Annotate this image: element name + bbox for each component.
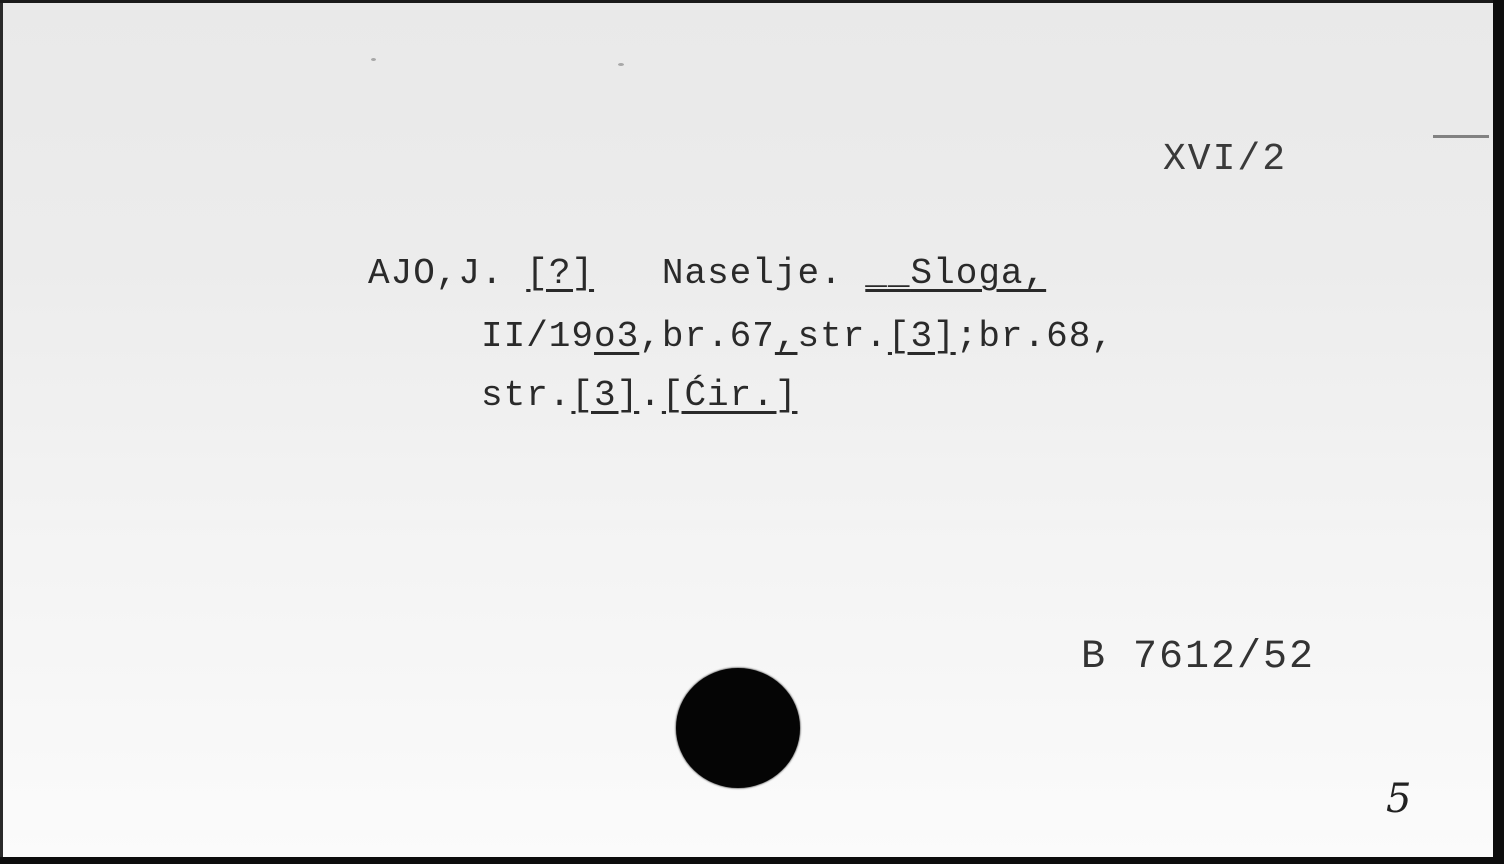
handwritten-number: 5: [1386, 776, 1411, 822]
scan-frame-bottom: [0, 857, 1504, 864]
paper-speck: [371, 58, 376, 61]
second-issue: ;br.68,: [956, 316, 1114, 357]
author-name: AJO,J.: [368, 253, 504, 294]
page-bracket: [3]: [571, 375, 639, 416]
page-bracket: [3]: [888, 316, 956, 357]
index-card: XVI/2 AJO,J. [?] Naselje. __Sloga, II/19…: [0, 3, 1493, 857]
separator: .: [639, 375, 662, 416]
volume-year-prefix: II/19: [481, 316, 594, 357]
issue-mark: ,: [775, 316, 798, 357]
punch-hole: [676, 668, 800, 788]
stray-pencil-mark: [1433, 135, 1489, 138]
paper-speck: [618, 63, 624, 66]
page-label: str.: [481, 375, 571, 416]
scan-frame-right: [1493, 0, 1504, 864]
call-number: XVI/2: [1163, 138, 1287, 181]
issue-number: ,br.67: [639, 316, 775, 357]
uncertain-bracket: [?]: [526, 253, 594, 294]
accession-number: B 7612/52: [1081, 635, 1315, 680]
entry-line-3: str.[3].[Ćir.]: [481, 375, 797, 416]
year-suffix: o3: [594, 316, 639, 357]
journal-name: Sloga,: [911, 253, 1047, 294]
article-title: Naselje.: [662, 253, 843, 294]
entry-line-1: AJO,J. [?] Naselje. __Sloga,: [368, 253, 1046, 294]
entry-line-2: II/19o3,br.67,str.[3];br.68,: [481, 316, 1114, 357]
journal-blank: __: [865, 253, 910, 294]
script-note: [Ćir.]: [662, 375, 798, 416]
page-label: str.: [797, 316, 887, 357]
